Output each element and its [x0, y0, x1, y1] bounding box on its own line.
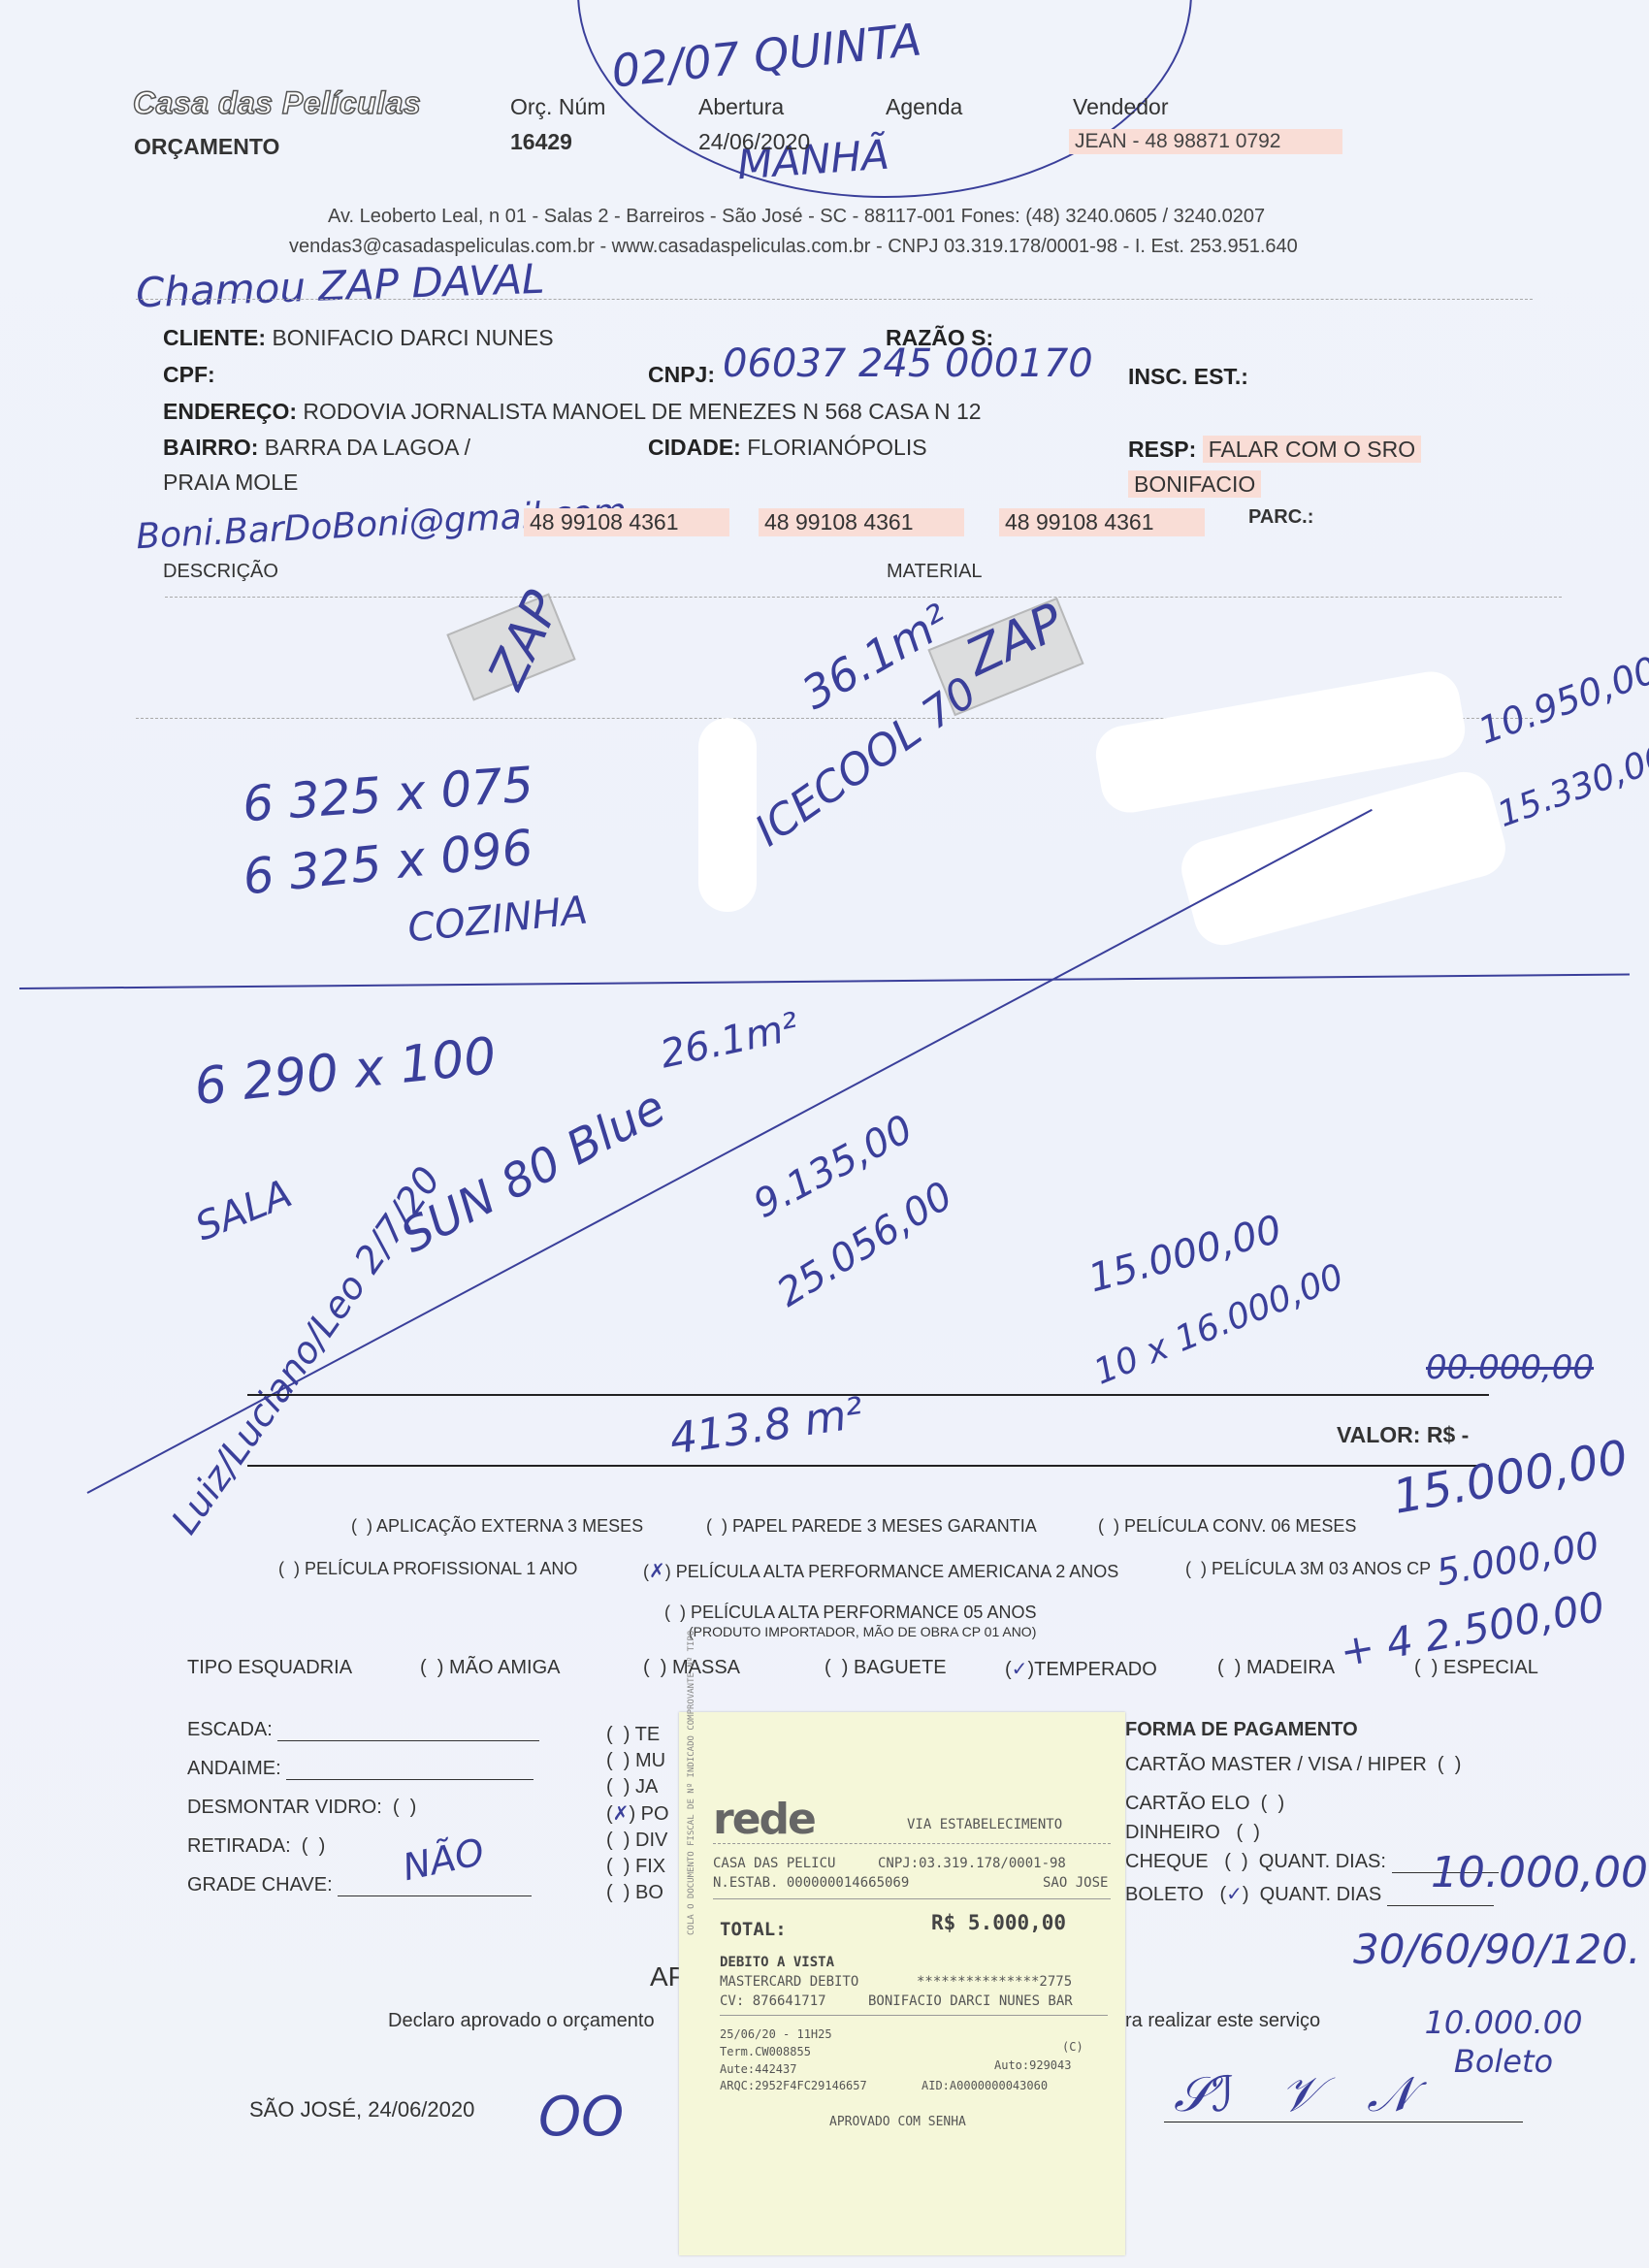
cidade-row: CIDADE: FLORIANÓPOLIS	[648, 435, 927, 461]
mid-opt-mu[interactable]: ( ) MU	[606, 1748, 669, 1774]
opt-pelicula-profissional[interactable]: ( ) PELÍCULA PROFISSIONAL 1 ANO	[278, 1559, 577, 1579]
esquadria-label: TIPO ESQUADRIA	[187, 1657, 352, 1679]
mid-options: ( ) TE ( ) MU ( ) JA (✗) PO ( ) DIV ( ) …	[606, 1722, 669, 1906]
receipt-city: SAO JOSE	[1043, 1875, 1108, 1891]
hand-initials: OO	[538, 2086, 624, 2149]
grade-chave-field[interactable]: GRADE CHAVE:	[187, 1874, 532, 1896]
pay-cartao-elo[interactable]: CARTÃO ELO ( )	[1125, 1793, 1284, 1815]
receipt-merchant: CASA DAS PELICU	[713, 1856, 835, 1871]
hand-divider	[19, 974, 1630, 989]
receipt-card: MASTERCARD DEBITO	[720, 1974, 858, 1990]
receipt-estab: N.ESTAB. 000000014665069	[713, 1875, 909, 1891]
col-material: MATERIAL	[887, 561, 983, 583]
opt-aplicacao-externa[interactable]: ( ) APLICAÇÃO EXTERNA 3 MESES	[351, 1516, 643, 1537]
mid-opt-ja[interactable]: ( ) JA	[606, 1774, 669, 1800]
hand-area-total: 413.8 m²	[666, 1388, 866, 1464]
place-date: SÃO JOSÉ, 24/06/2020	[249, 2097, 474, 2122]
retirada[interactable]: RETIRADA: ( )	[187, 1835, 325, 1858]
total-line-bottom	[247, 1465, 1489, 1467]
hand-boleto-value: 10.000,00	[1431, 1848, 1648, 1897]
cpf-label: CPF:	[163, 362, 215, 388]
vendedor-label: Vendedor	[1073, 94, 1168, 120]
receipt-term: Term.CW008855	[720, 2045, 811, 2058]
desmontar-vidro[interactable]: DESMONTAR VIDRO: ( )	[187, 1797, 416, 1819]
receipt-side-text: COLA O DOCUMENTO FISCAL DE Nº INDICADO C…	[687, 1631, 696, 1935]
escada-field[interactable]: ESCADA:	[187, 1719, 539, 1741]
endereco-row: ENDEREÇO: RODOVIA JORNALISTA MANOEL DE M…	[163, 399, 982, 425]
opt-pelicula-3m[interactable]: ( ) PELÍCULA 3M 03 ANOS CP	[1185, 1559, 1431, 1579]
orc-number: 16429	[510, 129, 572, 155]
pay-dinheiro[interactable]: DINHEIRO ( )	[1125, 1822, 1260, 1844]
resp-row-2: BONIFACIO	[1128, 471, 1261, 498]
receipt-card-mask: ***************2775	[917, 1974, 1072, 1990]
hand-cnpj: 06037 245 000170	[723, 341, 1093, 386]
valor-label: VALOR: R$ -	[1337, 1422, 1469, 1448]
divider	[136, 299, 1533, 300]
andaime-field[interactable]: ANDAIME:	[187, 1758, 533, 1780]
mid-opt-bo[interactable]: ( ) BO	[606, 1880, 669, 1906]
phone-2: 48 99108 4361	[759, 508, 964, 536]
abertura-label: Abertura	[698, 94, 784, 120]
hand-item-2: 6 325 x 096	[241, 819, 535, 905]
payment-title: FORMA DE PAGAMENTO	[1125, 1719, 1358, 1741]
opt-pelicula-05-anos[interactable]: ( ) PELÍCULA ALTA PERFORMANCE 05 ANOS	[664, 1603, 1036, 1623]
phone-1: 48 99108 4361	[524, 508, 729, 536]
opt-papel-parede[interactable]: ( ) PAPEL PAREDE 3 MESES GARANTIA	[706, 1516, 1037, 1537]
esq-mao-amiga[interactable]: ( ) MÃO AMIGA	[420, 1657, 560, 1679]
receipt-status: APROVADO COM SENHA	[829, 2115, 966, 2129]
hand-crossed-value: 00.000,00	[1426, 1348, 1594, 1387]
receipt-total-label: TOTAL:	[720, 1919, 787, 1940]
esq-baguete[interactable]: ( ) BAGUETE	[824, 1657, 947, 1679]
insc-est-label: INSC. EST.:	[1128, 364, 1248, 390]
hand-boleto-days: 30/60/90/120.	[1353, 1926, 1640, 1973]
company-address: Av. Leoberto Leal, n 01 - Salas 2 - Barr…	[328, 206, 1265, 228]
budget-document: 02/07 QUINTA MANHÃ Casa das Películas OR…	[0, 0, 1649, 2268]
opt-pelicula-conv[interactable]: ( ) PELÍCULA CONV. 06 MESES	[1098, 1516, 1356, 1537]
company-contact: vendas3@casadaspeliculas.com.br - www.ca…	[289, 236, 1298, 258]
phone-3: 48 99108 4361	[999, 508, 1205, 536]
mid-opt-po[interactable]: (✗) PO	[606, 1800, 669, 1828]
receipt-datetime: 25/06/20 - 11H25	[720, 2027, 832, 2041]
approval-declaro-right: ra realizar este serviço	[1125, 2010, 1320, 2032]
receipt-total-value: R$ 5.000,00	[931, 1911, 1066, 1934]
hand-total-1a: 10.950,00	[1472, 648, 1649, 752]
esq-madeira[interactable]: ( ) MADEIRA	[1217, 1657, 1335, 1679]
col-descricao: DESCRIÇÃO	[163, 561, 278, 583]
parc-label: PARC.:	[1248, 506, 1313, 529]
hand-item-1: 6 325 x 075	[241, 757, 534, 833]
esq-especial[interactable]: ( ) ESPECIAL	[1414, 1657, 1538, 1679]
hand-total-1b: 15.330,00	[1493, 737, 1649, 835]
company-logo: Casa das Películas	[133, 85, 421, 121]
total-line-top	[247, 1394, 1489, 1396]
hand-boleto-note: 10.000.00 Boleto	[1406, 2003, 1600, 2081]
cnpj-label: CNPJ:	[648, 362, 715, 388]
orc-label: Orç. Núm	[510, 94, 605, 120]
hand-room-2: SALA	[189, 1171, 298, 1249]
mid-opt-fix[interactable]: ( ) FIX	[606, 1854, 669, 1880]
approval-declaro-left: Declaro aprovado o orçamento	[388, 2010, 655, 2032]
pay-cartao-master[interactable]: CARTÃO MASTER / VISA / HIPER ( )	[1125, 1754, 1461, 1776]
bairro-row: BAIRRO: BARRA DA LAGOA /	[163, 435, 470, 461]
agenda-label: Agenda	[886, 94, 962, 120]
abertura-date: 24/06/2020	[698, 129, 810, 155]
hand-entrada: 5.000,00	[1433, 1524, 1601, 1595]
hand-room-1: COZINHA	[405, 888, 590, 951]
receipt-cv: CV: 876641717	[720, 1993, 826, 2009]
receipt-via: VIA ESTABELECIMENTO	[907, 1817, 1062, 1832]
rede-logo: rede	[713, 1795, 815, 1844]
hand-film-2: SUN 80 Blue	[392, 1080, 674, 1264]
mid-opt-div[interactable]: ( ) DIV	[606, 1828, 669, 1854]
card-receipt: COLA O DOCUMENTO FISCAL DE Nº INDICADO C…	[679, 1712, 1125, 2255]
receipt-aid: AID:A0000000043060	[921, 2079, 1048, 2092]
signature: 𝒮ℐ 𝒱 𝒩	[1174, 2066, 1413, 2123]
opt-pelicula-americana[interactable]: (✗) PELÍCULA ALTA PERFORMANCE AMERICANA …	[643, 1559, 1118, 1582]
mid-opt-te[interactable]: ( ) TE	[606, 1722, 669, 1748]
resp-row: RESP: FALAR COM O SRO	[1128, 437, 1421, 463]
esq-temperado[interactable]: (✓)TEMPERADO	[1005, 1657, 1157, 1681]
receipt-cnpj: CNPJ:03.319.178/0001-98	[878, 1856, 1066, 1871]
hand-item-3: 6 290 x 100	[192, 1027, 500, 1117]
hand-note-top: Chamou ZAP DAVAL	[135, 255, 545, 317]
receipt-auto: Auto:929043	[994, 2058, 1071, 2072]
receipt-holder: BONIFACIO DARCI NUNES BAR	[868, 1993, 1073, 2009]
hand-film-1: ICECOOL 70	[746, 667, 986, 856]
hand-area-2: 26.1m²	[657, 1005, 802, 1078]
bairro-row-2: PRAIA MOLE	[163, 470, 298, 496]
warranty-note: (PRODUTO IMPORTADOR, MÃO DE OBRA CP 01 A…	[689, 1624, 1036, 1639]
receipt-aute: Aute:442437	[720, 2062, 796, 2076]
receipt-type: DEBITO A VISTA	[720, 1955, 834, 1970]
vendedor-value: JEAN - 48 98871 0792	[1069, 129, 1342, 154]
divider	[165, 597, 1562, 598]
doc-type: ORÇAMENTO	[134, 134, 279, 160]
receipt-arqc: ARQC:2952F4FC29146657	[720, 2079, 867, 2092]
receipt-c: (C)	[1062, 2040, 1083, 2054]
cliente-row: CLIENTE: BONIFACIO DARCI NUNES	[163, 325, 554, 351]
